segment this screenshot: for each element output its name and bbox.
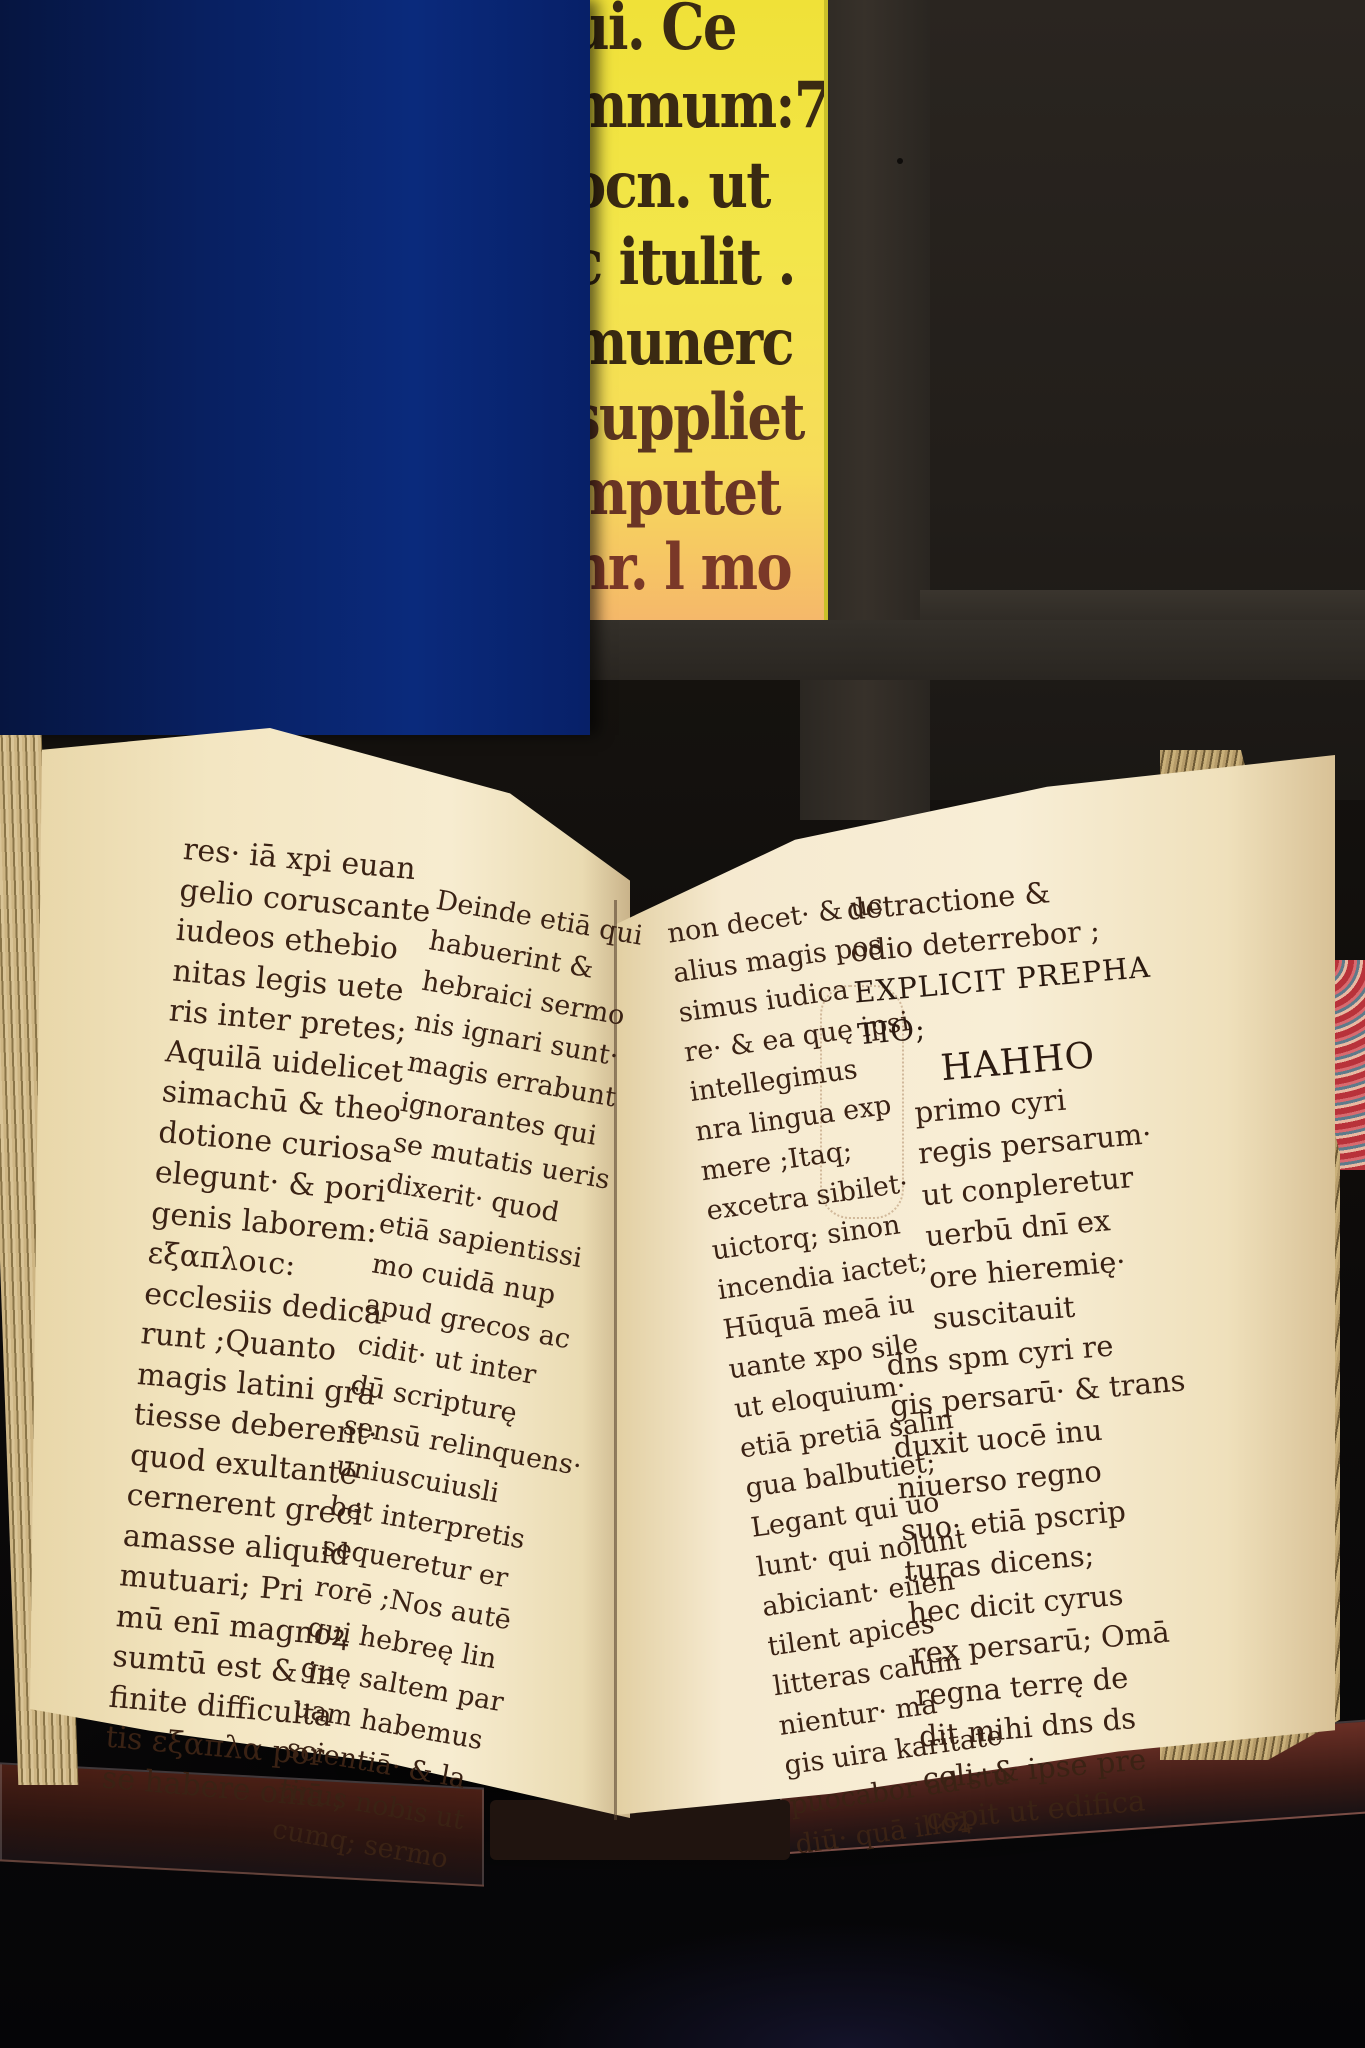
gothic-line: nr. l mo [578, 530, 791, 605]
gothic-line: mputet [578, 455, 780, 530]
screw-hole [897, 158, 903, 164]
backlit-gothic-script-panel: ui. Ce mmum:7 ocn. ut c itulit . munerc … [578, 0, 828, 620]
blue-display-panel [0, 0, 590, 735]
gothic-line: c itulit . [578, 225, 795, 300]
photo-scene: ui. Ce mmum:7 ocn. ut c itulit . munerc … [0, 0, 1365, 2048]
gothic-line: ui. Ce [578, 0, 736, 65]
gothic-line: munerc [578, 305, 793, 380]
gothic-line: ocn. ut [578, 148, 770, 223]
floor-reflection [500, 1920, 1200, 2048]
display-case-crossbar [580, 620, 1365, 680]
gothic-line: mmum:7 [578, 68, 828, 143]
gothic-line: suppliet [578, 380, 804, 455]
